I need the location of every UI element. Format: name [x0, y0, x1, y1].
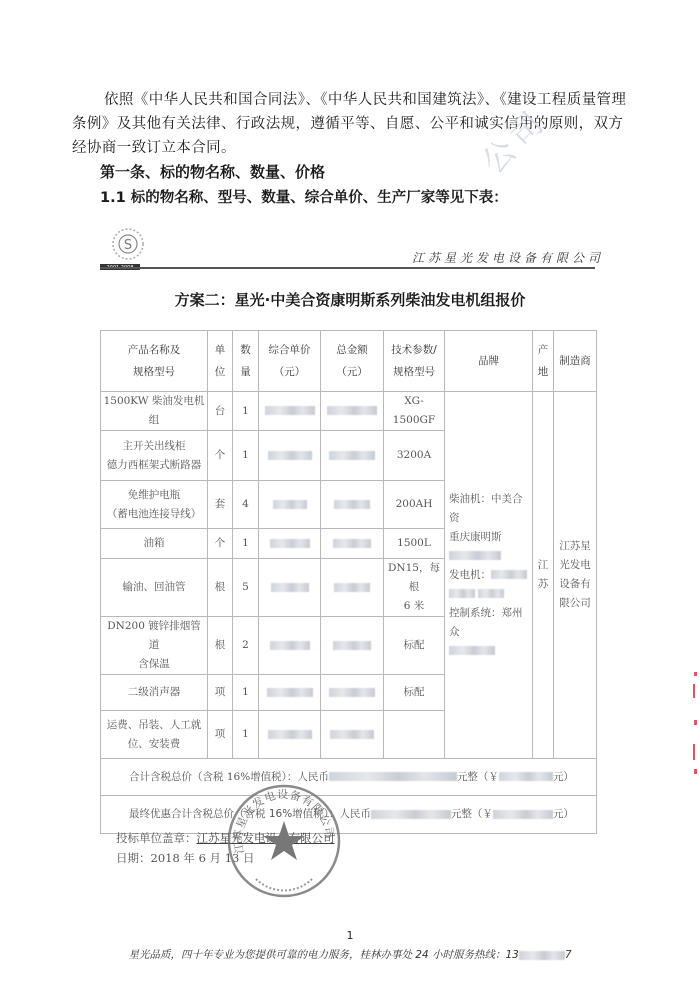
unit: 项 [208, 711, 233, 759]
spec: 标配 [384, 617, 445, 675]
table-header-row: 产品名称及规格型号单位数量综合单价（元）总金额（元）技术参数/规格型号品牌产地制… [101, 331, 597, 392]
column-header: 数量 [233, 331, 259, 392]
column-header: 品牌 [445, 331, 533, 392]
letterhead-rule [100, 267, 595, 269]
total-row: 合计含税总价（含税 16%增值税）：人民币元整（￥元） [101, 759, 597, 796]
unit-price [259, 392, 321, 431]
column-header: 综合单价（元） [259, 331, 321, 392]
spec [384, 711, 445, 759]
spec: 标配 [384, 675, 445, 711]
product-name: DN200 镀锌排烟管道含保温 [101, 617, 208, 675]
quantity: 5 [233, 559, 259, 617]
quote-title: 方案二：星光·中美合资康明斯系列柴油发电机组报价 [0, 289, 700, 310]
quantity: 4 [233, 481, 259, 529]
footer-text: 星光品质，四十年专业为您提供可靠的电力服务，桂林办事处 24 小时服务热线：13 [128, 949, 518, 961]
page-footer: 星光品质，四十年专业为您提供可靠的电力服务，桂林办事处 24 小时服务热线：13… [0, 947, 700, 962]
unit-price [259, 711, 321, 759]
product-name: 二级消声器 [101, 675, 208, 711]
column-header: 总金额（元） [321, 331, 384, 392]
footer-phone-end: 7 [565, 949, 572, 961]
company-seal-icon: 江苏星光发电设备有限公司 [226, 783, 342, 899]
article-heading: 第一条、标的物名称、数量、价格 [100, 161, 325, 182]
unit-price [259, 675, 321, 711]
unit: 个 [208, 529, 233, 559]
product-name: 油箱 [101, 529, 208, 559]
product-name: 1500KW 柴油发电机组 [101, 392, 208, 431]
table-row: 1500KW 柴油发电机组台1XG-1500GF 柴油机：中美合资重庆康明斯 发… [101, 392, 597, 431]
origin-cell: 江苏 [533, 392, 554, 759]
unit: 根 [208, 617, 233, 675]
column-header: 产品名称及规格型号 [101, 331, 208, 392]
spec: XG-1500GF [384, 392, 445, 431]
quantity: 1 [233, 392, 259, 431]
quantity: 2 [233, 617, 259, 675]
total-amount [321, 559, 384, 617]
quote-table: 产品名称及规格型号单位数量综合单价（元）总金额（元）技术参数/规格型号品牌产地制… [100, 330, 597, 834]
column-header: 单位 [208, 331, 233, 392]
unit: 根 [208, 559, 233, 617]
total-amount [321, 529, 384, 559]
total-amount [321, 481, 384, 529]
redacted-phone [519, 951, 565, 960]
unit: 套 [208, 481, 233, 529]
quantity: 1 [233, 675, 259, 711]
unit: 项 [208, 675, 233, 711]
spec: DN15，每根6 米 [384, 559, 445, 617]
svg-text:S: S [124, 238, 132, 253]
spec: 3200A [384, 431, 445, 481]
letterhead-company: 江苏星光发电设备有限公司 [412, 249, 604, 266]
total-amount [321, 711, 384, 759]
unit-price [259, 529, 321, 559]
red-stamp-fragment-icon [688, 672, 698, 822]
product-name: 主开关出线柜德力西框架式断路器 [101, 431, 208, 481]
unit-price [259, 559, 321, 617]
product-name: 免维护电瓶（蓄电池连接导线） [101, 481, 208, 529]
unit: 台 [208, 392, 233, 431]
product-name: 运费、吊装、人工就位、安装费 [101, 711, 208, 759]
spec: 200AH [384, 481, 445, 529]
total-amount [321, 431, 384, 481]
quantity: 1 [233, 711, 259, 759]
column-header: 制造商 [554, 331, 597, 392]
brand-cell: 柴油机：中美合资重庆康明斯 发电机： 控制系统：郑州众 [445, 392, 533, 759]
manufacturer-cell: 江苏星光发电设备有限公司 [554, 392, 597, 759]
unit: 个 [208, 431, 233, 481]
quantity: 1 [233, 431, 259, 481]
page-number: 1 [0, 929, 700, 942]
total-price: 合计含税总价（含税 16%增值税）：人民币元整（￥元） [101, 759, 597, 796]
unit-price [259, 617, 321, 675]
column-header: 技术参数/规格型号 [384, 331, 445, 392]
spec: 1500L [384, 529, 445, 559]
quantity: 1 [233, 529, 259, 559]
product-name: 输油、回油管 [101, 559, 208, 617]
clause-1-1: 1.1 标的物名称、型号、数量、综合单价、生产厂家等见下表： [100, 186, 508, 207]
unit-price [259, 481, 321, 529]
total-amount [321, 392, 384, 431]
stamp-label: 投标单位盖章： [116, 831, 197, 845]
column-header: 产地 [533, 331, 554, 392]
total-amount [321, 675, 384, 711]
company-logo-icon: S 2001 2008 [100, 226, 164, 272]
unit-price [259, 431, 321, 481]
total-amount [321, 617, 384, 675]
